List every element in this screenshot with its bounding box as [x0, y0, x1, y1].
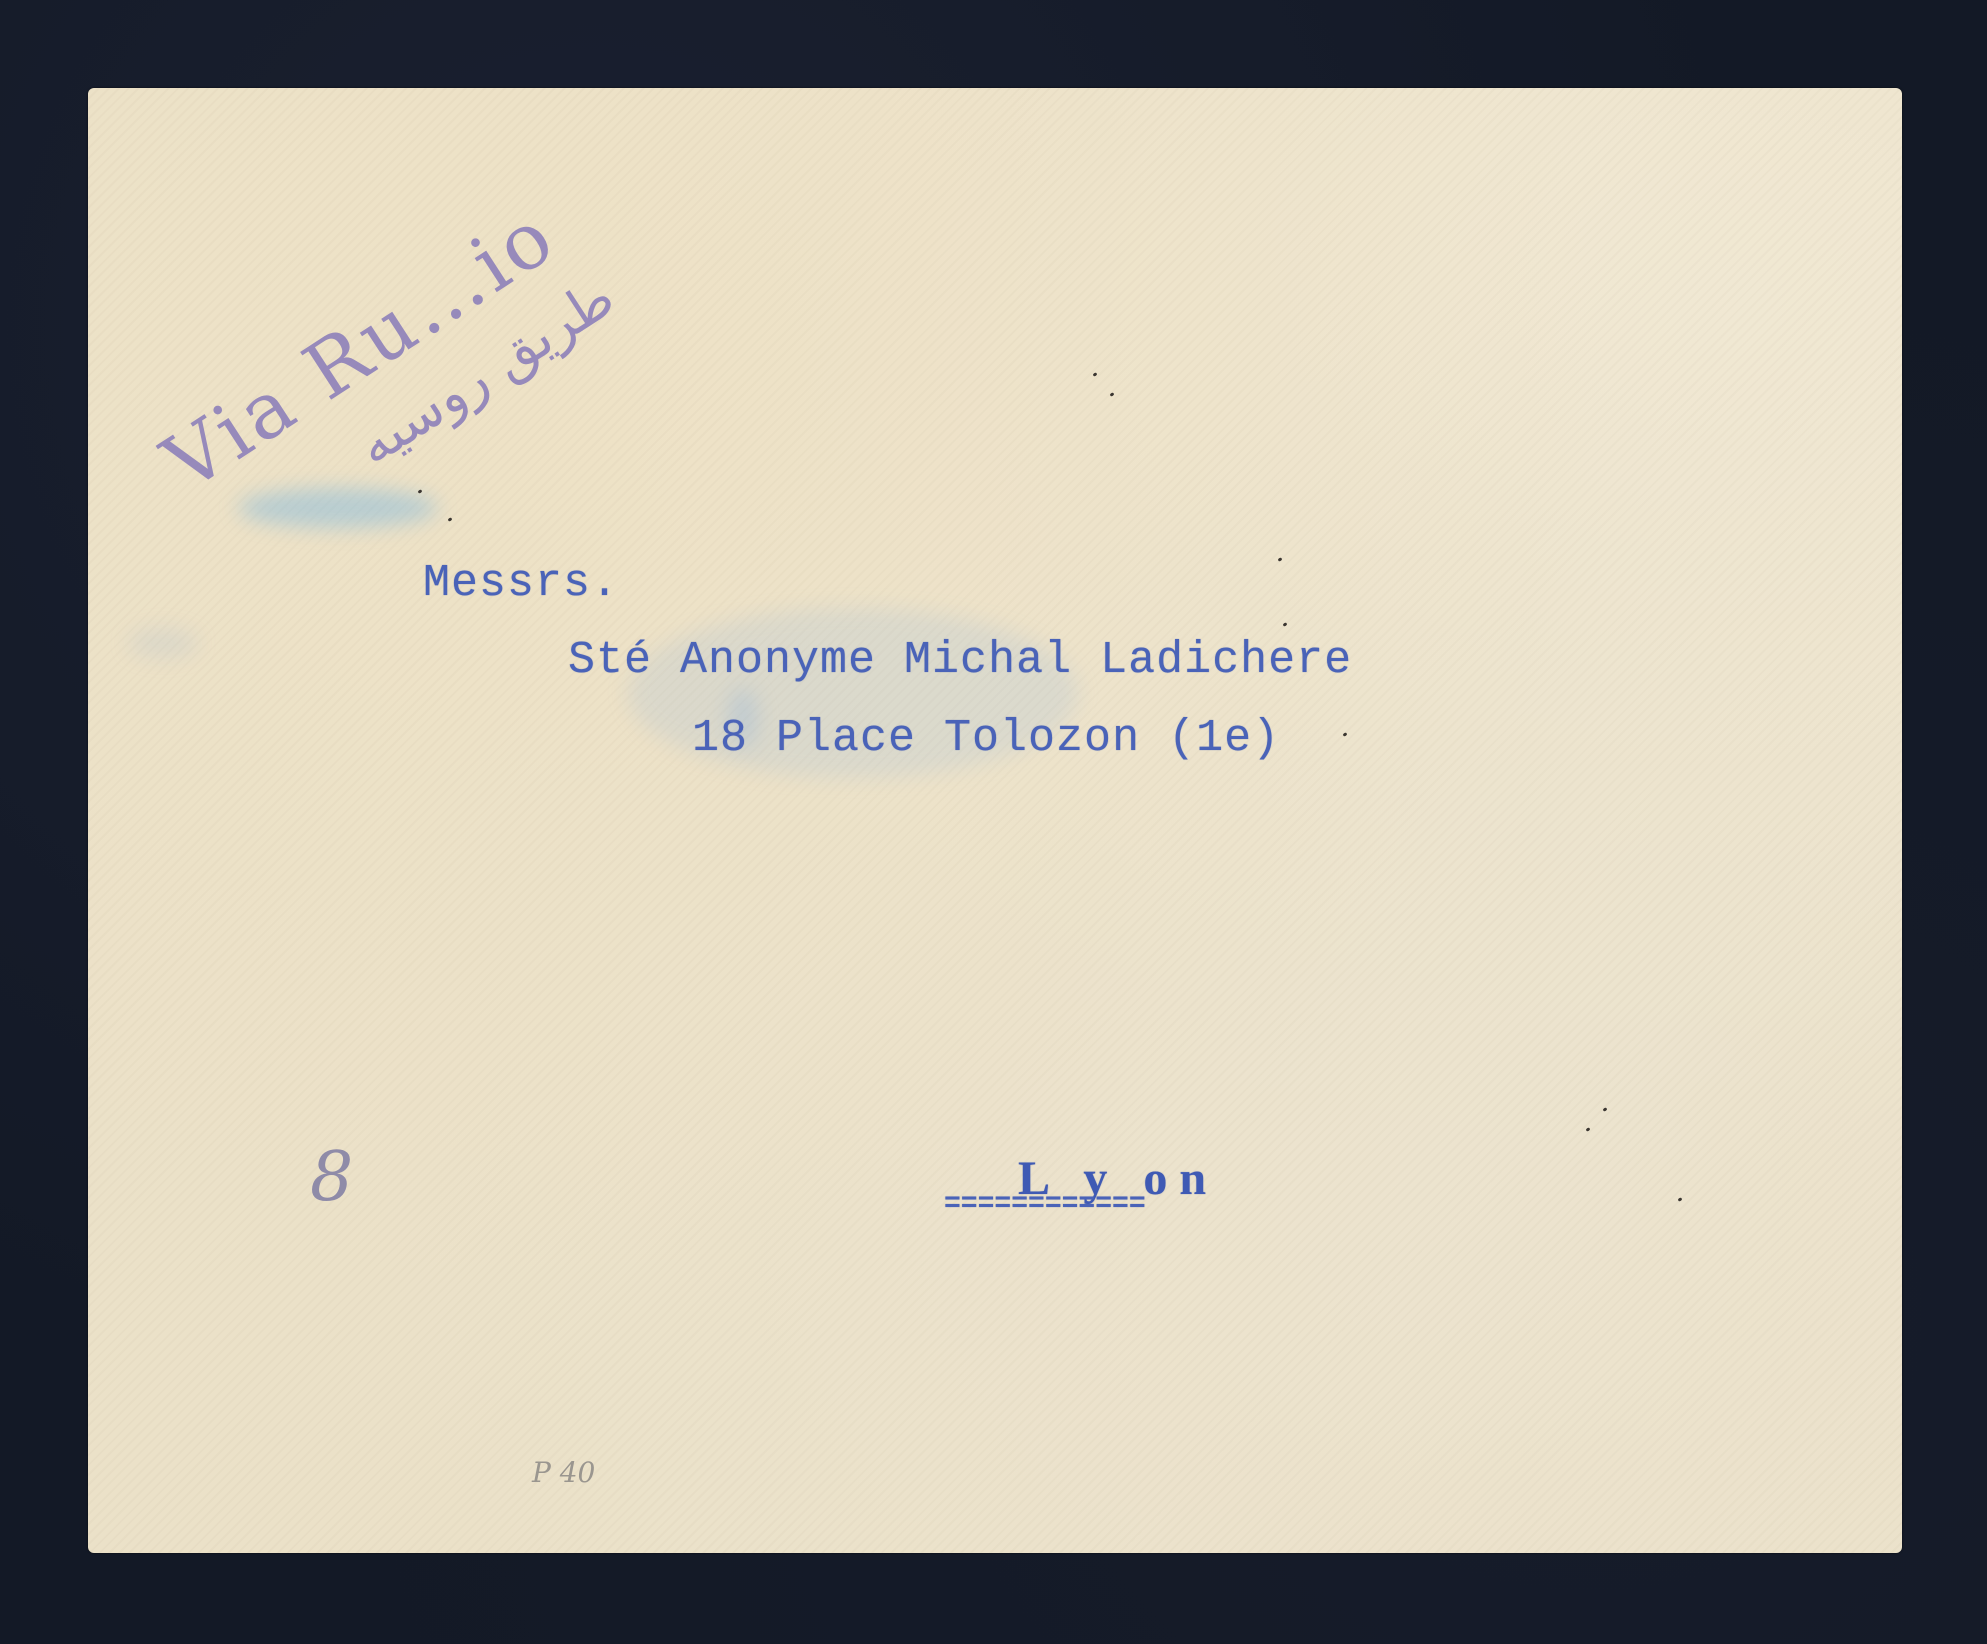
speck	[448, 517, 453, 522]
envelope: Via Ru…io طريق روسيه Messrs. Sté Anonyme…	[88, 88, 1902, 1553]
address-street: 18 Place Tolozon (1e)	[692, 713, 1280, 764]
speck	[1343, 732, 1348, 737]
pencil-number: 8	[310, 1138, 353, 1217]
address-salutation: Messrs.	[423, 558, 619, 609]
speck	[1678, 1197, 1683, 1202]
speck	[1586, 1127, 1591, 1132]
pencil-note: P 40	[532, 1456, 595, 1489]
speck	[1283, 622, 1288, 627]
via-russia-cachet: Via Ru…io طريق روسيه	[75, 73, 675, 608]
speck	[1278, 557, 1283, 562]
speck	[1110, 392, 1115, 397]
ink-smudge	[128, 628, 198, 658]
city-underline: ============	[944, 1189, 1146, 1220]
speck	[1603, 1107, 1608, 1112]
speck	[1093, 372, 1098, 377]
address-company: Sté Anonyme Michal Ladichere	[568, 635, 1352, 686]
speck	[418, 489, 423, 494]
